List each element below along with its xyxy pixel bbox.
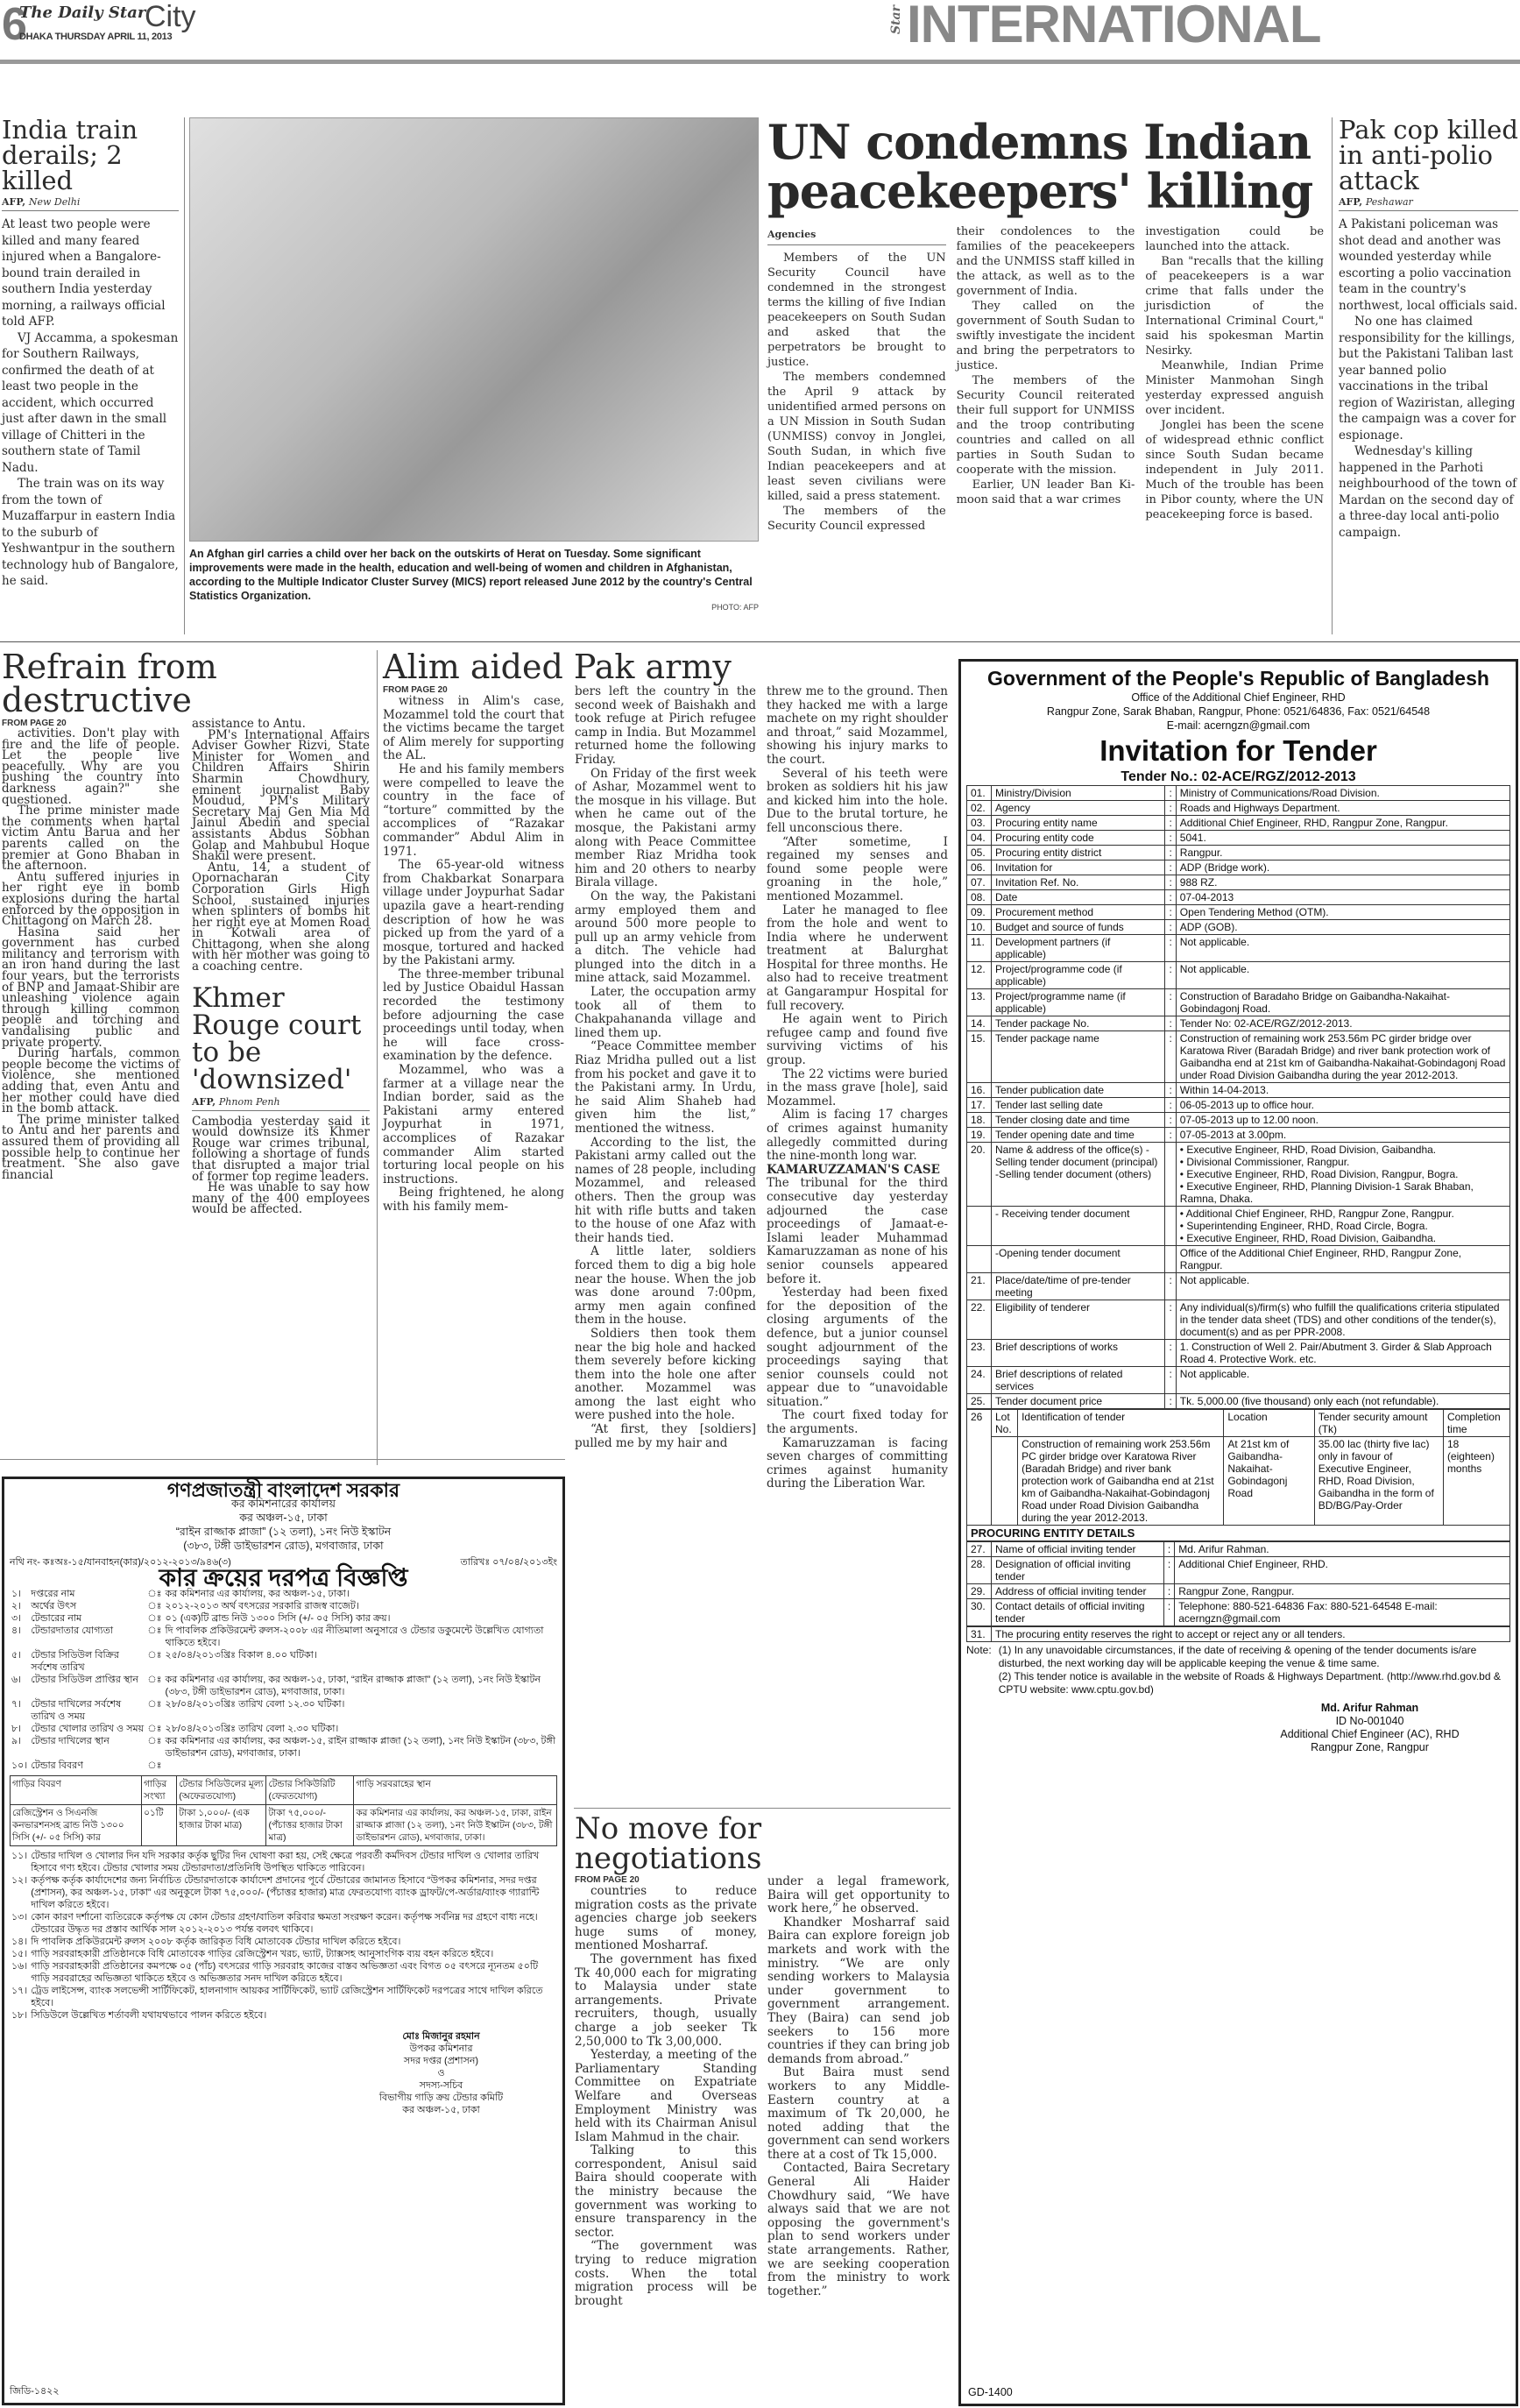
ad-title: গণপ্রজাতন্ত্রী বাংলাদেশ সরকার bbox=[10, 1484, 557, 1497]
tender-row: 15.Tender package name:Construction of r… bbox=[967, 1031, 1510, 1083]
section-title: INTERNATIONAL bbox=[907, 0, 1321, 53]
ad-item: ৯।টেন্ডার দাখিলের স্থানঃকর কমিশনার এর কা… bbox=[10, 1735, 557, 1760]
photo-credit: PHOTO: AFP bbox=[189, 603, 759, 612]
ad-item: ৭।টেন্ডার দাখিলের সর্বশেষ তারিখ ও সময়ঃ২… bbox=[10, 1698, 557, 1723]
tender-row: 14.Tender package No.:Tender No: 02-ACE/… bbox=[967, 1016, 1510, 1031]
tender-row: 23.Brief descriptions of works:1. Constr… bbox=[967, 1340, 1510, 1367]
tender-number: Tender No.: 02-ACE/RGZ/2012-2013 bbox=[966, 769, 1510, 785]
tender-row: 30.Contact details of official inviting … bbox=[967, 1599, 1510, 1626]
byline: AFP, Peshawar bbox=[1339, 196, 1518, 211]
bengali-car-tender-ad: গণপ্রজাতন্ত্রী বাংলাদেশ সরকার কর কমিশনার… bbox=[2, 1477, 565, 2405]
tender-row: 06.Invitation for:ADP (Bridge work). bbox=[967, 861, 1510, 875]
rhd-tender-ad: Government of the People's Republic of B… bbox=[958, 659, 1518, 2406]
article-body: A Pakistani policeman was shot dead and … bbox=[1339, 216, 1518, 541]
tender-row: 17.Tender last selling date:06-05-2013 u… bbox=[967, 1098, 1510, 1113]
ad-note: ১৭।ট্রেড লাইসেন্স, ব্যাংক সলভেন্সী সার্ট… bbox=[10, 1985, 557, 2009]
ad-note: ১১।টেন্ডার দাখিল ও খোলার দিন যদি সরকার ক… bbox=[10, 1850, 557, 1874]
ad-code: জিডি-১৪২২ bbox=[10, 2385, 59, 2397]
section-rule bbox=[0, 641, 1520, 642]
column-divider bbox=[184, 117, 185, 634]
section-label: City bbox=[145, 0, 196, 34]
photo-block: An Afghan girl carries a child over her … bbox=[189, 117, 759, 612]
ad-note: ১২।কর্তৃপক্ষ কর্তৃক কার্যাদেশের জন্য নির… bbox=[10, 1874, 557, 1911]
ad-signature: মোঃ মিজানুর রহমানউপকর কমিশনারসদর দপ্তর (… bbox=[325, 2030, 557, 2116]
ad-item: ৮।টেন্ডার খোলার তারিখ ও সময়ঃ২৮/০৪/২০১৩খ… bbox=[10, 1723, 557, 1735]
tender-row: 27.Name of official inviting tender:Md. … bbox=[967, 1542, 1510, 1557]
column-3: investigation could be launched into the… bbox=[1145, 224, 1324, 534]
article-un-condemns: UN condemns Indian peacekeepers' killing… bbox=[767, 117, 1324, 534]
tender-row: 05.Procuring entity district:Rangpur. bbox=[967, 846, 1510, 861]
tender-row: 10.Budget and source of funds:ADP (GOB). bbox=[967, 920, 1510, 935]
ad-code: GD-1400 bbox=[968, 2386, 1013, 2398]
tender-row: 20.Name & address of the office(s) -Sell… bbox=[967, 1143, 1510, 1207]
column-2: bers left the country in the second week… bbox=[575, 685, 756, 1491]
article-refrain: Refrain from destructive FROM PAGE 20 ac… bbox=[2, 650, 370, 1215]
tender-row: 16.Tender publication date:Within 14-04-… bbox=[967, 1083, 1510, 1098]
tender-row: 22.Eligibility of tenderer:Any individua… bbox=[967, 1300, 1510, 1340]
ad-vehicle-table: গাড়ির বিবরণগাড়ির সংখ্যাটেন্ডার সিডিউলে… bbox=[10, 1775, 557, 1846]
article-alim: Alim aided Pak army FROM PAGE 20 witness… bbox=[383, 650, 948, 1491]
ad-item: ২।অর্থের উৎসঃ২০১২-২০১৩ অর্থ বৎসরের সরকার… bbox=[10, 1600, 557, 1612]
column-1: Agencies Members of the UN Security Coun… bbox=[767, 224, 946, 534]
subhead: KAMARUZZAMAN'S CASE bbox=[767, 1164, 948, 1178]
ad-item: ৬।টেন্ডার সিডিউল প্রাপ্তির স্থানঃকর কমিশ… bbox=[10, 1674, 557, 1698]
ad-title: Invitation for Tender bbox=[966, 734, 1510, 768]
tender-notes: Note:(1) In any unavoidable circumstance… bbox=[966, 1644, 1510, 1696]
article-india-train: India train derails; 2 killed AFP, New D… bbox=[2, 117, 179, 590]
ad-notes: ১১।টেন্ডার দাখিল ও খোলার দিন যদি সরকার ক… bbox=[10, 1850, 557, 2022]
tender-row: 07.Invitation Ref. No.:988 RZ. bbox=[967, 875, 1510, 890]
article-pak-cop: Pak cop killed in anti-polio attack AFP,… bbox=[1339, 117, 1518, 541]
tender-row: - Receiving tender document• Additional … bbox=[967, 1207, 1510, 1246]
tender-row: 11.Development partners (if applicable):… bbox=[967, 935, 1510, 962]
paper-name: The Daily Star bbox=[19, 4, 145, 22]
ad-item: ১।দপ্তরের নামঃকর কমিশনার এর কার্যালয়, ক… bbox=[10, 1588, 557, 1600]
ad-note: ১৩।কোন কারণ দর্শানো ব্যতিরেকে কর্তৃপক্ষ … bbox=[10, 1911, 557, 1936]
tender-row: -Opening tender documentOffice of the Ad… bbox=[967, 1246, 1510, 1273]
column-3: threw me to the ground. Then they hacked… bbox=[767, 685, 948, 1491]
headline: Pak cop killed in anti-polio attack bbox=[1339, 117, 1518, 194]
ad-item: ১০।টেন্ডার বিবরণঃ bbox=[10, 1760, 557, 1772]
tender-row: 13.Project/programme name (if applicable… bbox=[967, 989, 1510, 1016]
column-divider bbox=[377, 650, 378, 1465]
masthead: 6 The Daily Star DHAKA THURSDAY APRIL 11… bbox=[0, 0, 1520, 63]
ad-item: ৫।টেন্ডার সিডিউল বিক্রির সর্বশেষ তারিখঃ২… bbox=[10, 1649, 557, 1674]
article-rule bbox=[574, 1808, 951, 1809]
headline: UN condemns Indian peacekeepers' killing bbox=[767, 117, 1324, 216]
ad-date: তারিখঃ ০৭/০৪/২০১৩ইং bbox=[460, 1556, 557, 1569]
section-banner: Star INTERNATIONAL bbox=[889, 0, 1520, 58]
ad-note: ১৫।গাড়ি সরবরাহকারী প্রতিষ্ঠানকে বিধি মো… bbox=[10, 1948, 557, 1960]
headline: Refrain from destructive bbox=[2, 650, 370, 717]
column-1: FROM PAGE 20 countries to reduce migrati… bbox=[575, 1875, 757, 2308]
tender-row: 02.Agency:Roads and Highways Department. bbox=[967, 801, 1510, 816]
ad-items: ১।দপ্তরের নামঃকর কমিশনার এর কার্যালয়, ক… bbox=[10, 1588, 557, 1772]
article-khmer-rouge: Khmer Rouge court to be 'downsized' AFP,… bbox=[192, 985, 370, 1215]
article-negotiations: No move for negotiations FROM PAGE 20 co… bbox=[575, 1814, 950, 2308]
masthead-rule bbox=[0, 60, 1520, 64]
ad-item: ৪।টেন্ডারদাতার যোগ্যতাঃদি পাবলিক প্রকিউর… bbox=[10, 1625, 557, 1649]
lot-table: 26Lot No.Identification of tenderLocatio… bbox=[966, 1409, 1510, 1526]
tender-row: 24.Brief descriptions of related service… bbox=[967, 1367, 1510, 1394]
tender-table: 01.Ministry/Division:Ministry of Communi… bbox=[966, 785, 1510, 1409]
byline: AFP, New Delhi bbox=[2, 196, 179, 211]
article-body: At least two people were killed and many… bbox=[2, 216, 179, 590]
tender-row: 29.Address of official inviting tender:R… bbox=[967, 1584, 1510, 1599]
headline: No move for negotiations bbox=[575, 1814, 950, 1873]
tender-row: 18.Tender closing date and time:07-05-20… bbox=[967, 1113, 1510, 1128]
tender-row: 25.Tender document price:Tk. 5,000.00 (f… bbox=[967, 1394, 1510, 1409]
photo-caption: An Afghan girl carries a child over her … bbox=[189, 547, 759, 603]
column-1: FROM PAGE 20 witness in Alim's case, Moz… bbox=[383, 685, 564, 1491]
ad-note: ১৬।গাড়ি সরবরাহকারী প্রতিষ্ঠানের কমপক্ষে… bbox=[10, 1960, 557, 1985]
tender-row: 08.Date:07-04-2013 bbox=[967, 890, 1510, 905]
ad-gov-title: Government of the People's Republic of B… bbox=[966, 667, 1510, 691]
tender-row: 28.Designation of official inviting tend… bbox=[967, 1557, 1510, 1584]
tender-row: 04.Procuring entity code:5041. bbox=[967, 831, 1510, 846]
tender-signature: Md. Arifur RahmanID No-001040Additional … bbox=[1229, 1702, 1510, 1754]
column-2: assistance to Antu.PM's International Af… bbox=[192, 719, 370, 1215]
tender-row: 03.Procuring entity name:Additional Chie… bbox=[967, 816, 1510, 831]
star-logo: Star bbox=[889, 5, 903, 34]
column-2: their condolences to the families of the… bbox=[957, 224, 1135, 534]
column-1: FROM PAGE 20 activities. Don't play with… bbox=[2, 719, 180, 1215]
headline: Alim aided Pak army bbox=[383, 650, 948, 683]
ad-item: ৩।টেন্ডারের নামঃ০১ (এক)টি ব্রান্ড নিউ ১৩… bbox=[10, 1612, 557, 1625]
afghan-girl-photo bbox=[189, 117, 759, 542]
headline: India train derails; 2 killed bbox=[2, 117, 179, 194]
headline: Khmer Rouge court to be 'downsized' bbox=[192, 985, 370, 1094]
tender-row: 09.Procurement method:Open Tendering Met… bbox=[967, 905, 1510, 920]
ad-note: ১৪।দি পাবলিক প্রকিউরমেন্ট রুলস ২০০৮ কর্ত… bbox=[10, 1936, 557, 1948]
tender-row: 01.Ministry/Division:Ministry of Communi… bbox=[967, 786, 1510, 801]
tender-row: 19.Tender opening date and time:07-05-20… bbox=[967, 1128, 1510, 1143]
section-rule bbox=[0, 1459, 565, 1460]
tender-row: 12.Project/programme code (if applicable… bbox=[967, 962, 1510, 989]
ad-note: ১৮।সিডিউলে উল্লেখিত শর্তাবলী যথাযথভাবে প… bbox=[10, 2009, 557, 2022]
column-2: under a legal framework, Baira will get … bbox=[767, 1875, 950, 2308]
procuring-heading: PROCURING ENTITY DETAILS bbox=[966, 1526, 1510, 1541]
ad-heading: কার ক্রয়ের দরপত্র বিজ্ঞপ্তি bbox=[10, 1572, 557, 1584]
column-divider bbox=[1332, 117, 1333, 634]
tender-row: 21.Place/date/time of pre-tender meeting… bbox=[967, 1273, 1510, 1300]
procuring-table: 27.Name of official inviting tender:Md. … bbox=[966, 1541, 1510, 1626]
